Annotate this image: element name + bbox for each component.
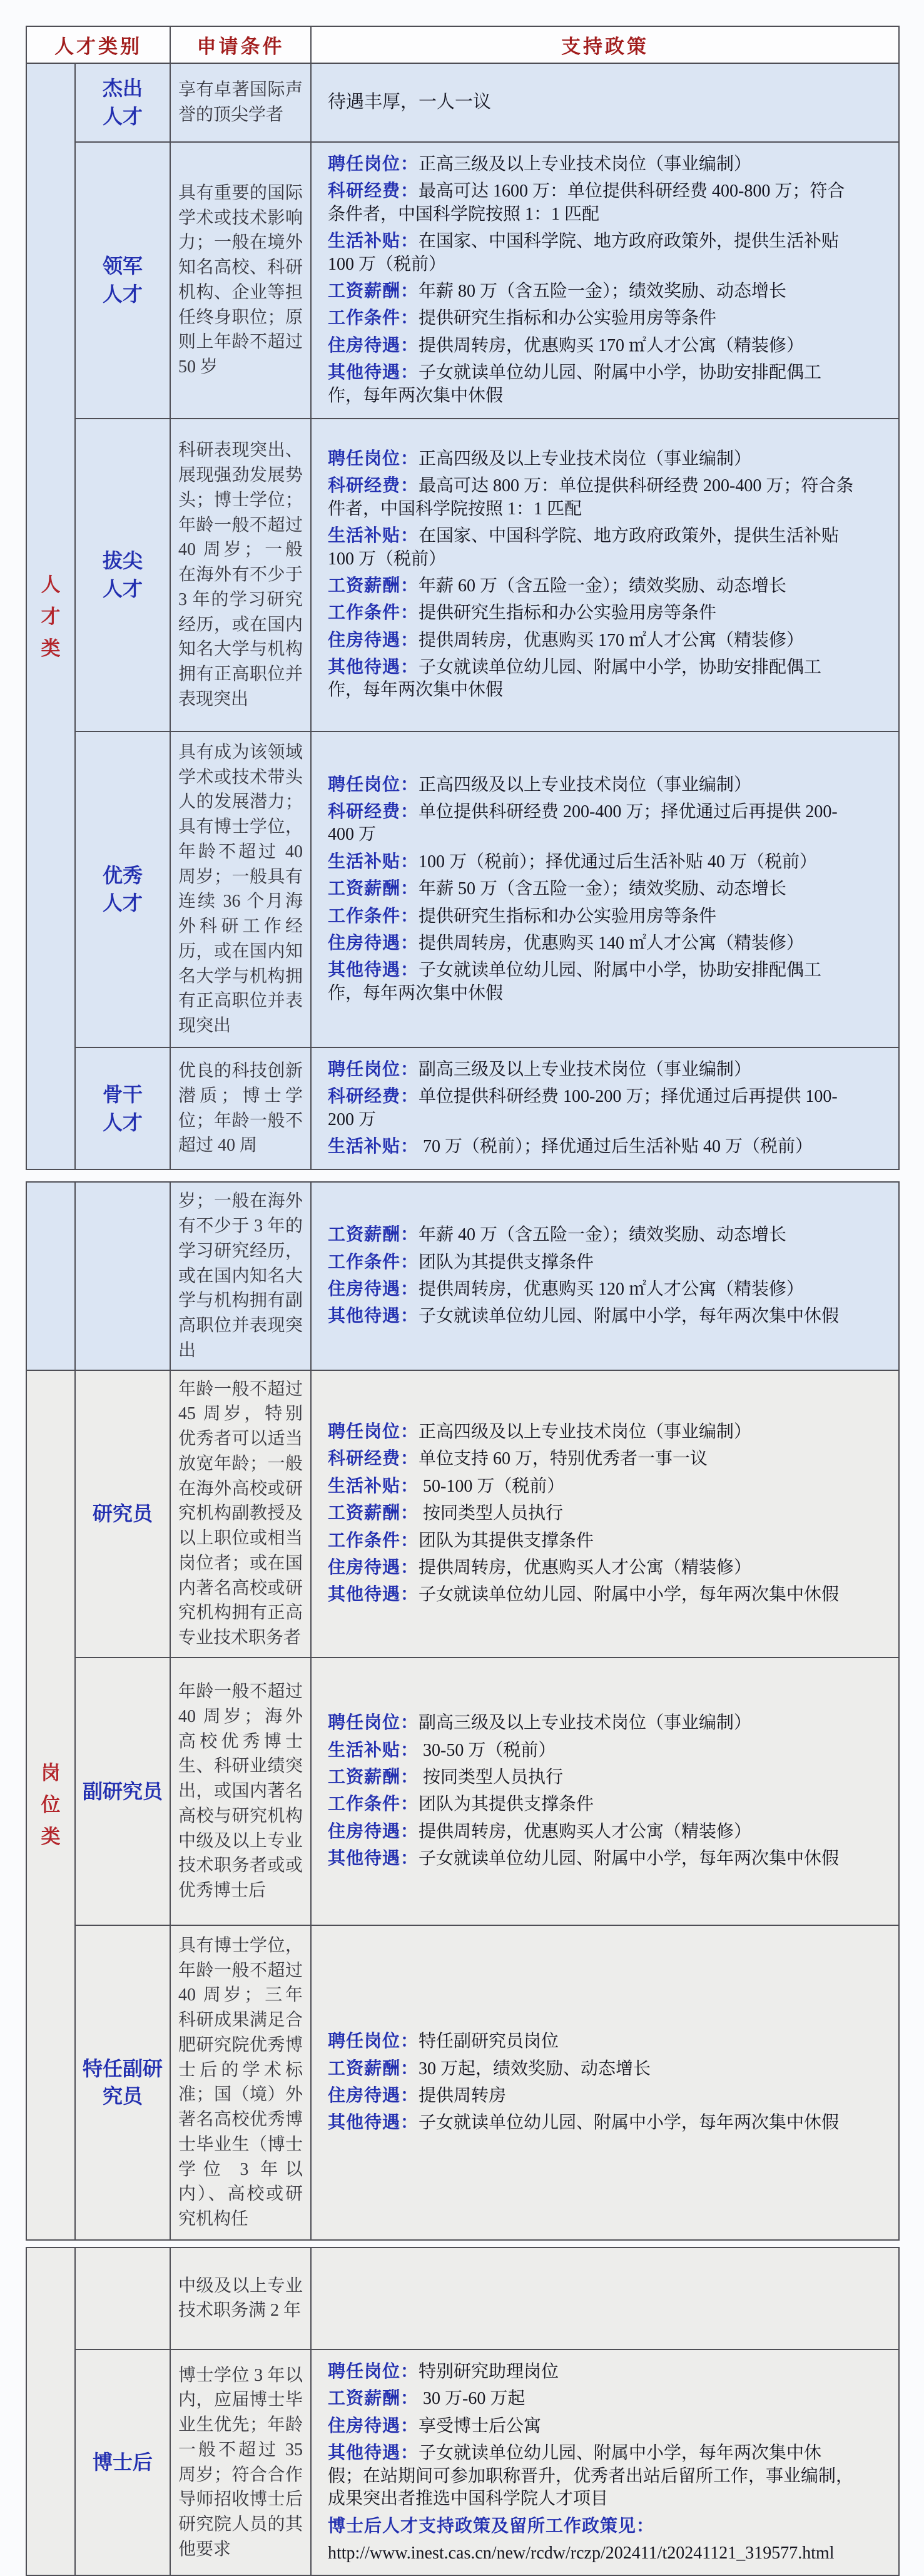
policy-value: 单位支持 60 万，特别优秀者一事一议 <box>419 1449 708 1469</box>
policy-value: 提供周转房，优惠购买人才公寓（精装修） <box>419 1822 751 1841</box>
policy-label: 工作条件： <box>328 603 419 623</box>
policy-backbone-continued: 工资薪酬：年薪 40 万（含五险一金）；绩效奖励、动态增长 工作条件：团队为其提… <box>311 1182 899 1370</box>
type-leading-talent: 领军 人才 <box>75 142 170 419</box>
table-header-row: 人才类别 申请条件 支持政策 <box>26 26 899 63</box>
policy-item: 住房待遇：提供周转房，优惠购买人才公寓（精装修） <box>328 1557 855 1579</box>
type-researcher: 研究员 <box>75 1370 170 1657</box>
policy-item: 工作条件：提供研究生指标和办公实验用房等条件 <box>328 307 855 330</box>
policy-value: 30-50 万（税前） <box>419 1741 556 1760</box>
policy-label: 其他待遇： <box>328 2113 419 2132</box>
row-top-talent: 拔尖 人才 科研表现突出、展现强劲发展势头；博士学位；年龄一般不超过 40 周岁… <box>26 419 899 731</box>
policy-value: 年薪 50 万（含五险一金）；绩效奖励、动态增长 <box>419 879 786 899</box>
policy-value: 年薪 80 万（含五险一金）；绩效奖励、动态增长 <box>419 282 786 301</box>
row-associate-researcher: 副研究员 年龄一般不超过 40 周岁；海外高校优秀博士生、科研业绩突出，或国内著… <box>26 1657 899 1925</box>
policy-item: 工作条件：提供研究生指标和办公实验用房等条件 <box>328 905 855 928</box>
policy-value: 年薪 40 万（含五险一金）；绩效奖励、动态增长 <box>419 1225 786 1245</box>
policy-label: 住房待遇： <box>328 336 419 355</box>
policy-item: 生活补贴： 30-50 万（税前） <box>328 1739 855 1762</box>
policy-researcher: 聘任岗位：正高四级及以上专业技术岗位（事业编制） 科研经费：单位支持 60 万，… <box>311 1370 899 1657</box>
policy-item: 工作条件：提供研究生指标和办公实验用房等条件 <box>328 602 855 624</box>
row-backbone-talent: 骨干 人才 优良的科技创新潜质；博士学位；年龄一般不超过 40 周 聘任岗位：副… <box>26 1047 899 1170</box>
policy-item: 其他待遇：子女就读单位幼儿园、附属中小学，每年两次集中休假；在站期间可参加职称晋… <box>328 2442 855 2510</box>
policy-item: 其他待遇：子女就读单位幼儿园、附属中小学，每年两次集中休假 <box>328 2112 855 2134</box>
policy-label: 聘任岗位： <box>328 155 419 174</box>
policy-value: 提供研究生指标和办公实验用房等条件 <box>419 308 716 328</box>
policy-item: 住房待遇：提供周转房 <box>328 2085 855 2107</box>
policy-item: 聘任岗位：副高三级及以上专业技术岗位（事业编制） <box>328 1712 855 1734</box>
policy-item: 其他待遇：子女就读单位幼儿园、附属中小学，每年两次集中休假 <box>328 1584 855 1606</box>
row-excellent-talent: 优秀 人才 具有成为该领域学术或技术带头人的发展潜力；具有博士学位，年龄不超过 … <box>26 731 899 1047</box>
policy-value: 子女就读单位幼儿园、附属中小学，每年两次集中休假 <box>419 1306 839 1326</box>
policy-item: 科研经费：最高可达 1600 万：单位提供科研经费 400-800 万；符合条件… <box>328 180 855 226</box>
policy-label: 工资薪酬： <box>328 1504 419 1523</box>
policy-value: 特任副研究员岗位 <box>419 2032 559 2051</box>
policy-value: 30 万起，绩效奖励、动态增长 <box>419 2059 651 2079</box>
header-talent-category: 人才类别 <box>26 26 170 63</box>
policy-item: 工资薪酬：年薪 80 万（含五险一金）；绩效奖励、动态增长 <box>328 280 855 303</box>
policy-value: 提供周转房，优惠购买 170 ㎡人才公寓（精装修） <box>419 631 804 650</box>
conditions-leading-talent: 具有重要的国际学术或技术影响力；一般在境外知名高校、科研机构、企业等担任终身职位… <box>170 142 311 419</box>
policy-label: 聘任岗位： <box>328 1713 419 1733</box>
policy-label: 科研经费： <box>328 802 419 822</box>
row-backbone-talent-continued: 岁；一般在海外有不少于 3 年的学习研究经历，或在国内知名大学与机构拥有副高职位… <box>26 1182 899 1370</box>
policy-item: 工资薪酬：年薪 60 万（含五险一金）；绩效奖励、动态增长 <box>328 575 855 598</box>
policy-label: 生活补贴： <box>328 1477 419 1496</box>
policy-label: 住房待遇： <box>328 934 419 953</box>
row-outstanding-talent: 人 才 类 杰出 人才 享有卓著国际声誉的顶尖学者 待遇丰厚，一人一议 <box>26 63 899 142</box>
policy-item: 工资薪酬： 30 万-60 万起 <box>328 2388 855 2410</box>
policy-label: 工作条件： <box>328 1531 419 1550</box>
policy-label: 其他待遇： <box>328 960 419 980</box>
type-associate-researcher: 副研究员 <box>75 1657 170 1925</box>
policy-item: 聘任岗位：正高四级及以上专业技术岗位（事业编制） <box>328 774 855 797</box>
conditions-excellent-talent: 具有成为该领域学术或技术带头人的发展潜力；具有博士学位，年龄不超过 40 周岁；… <box>170 731 311 1047</box>
policy-item: 工资薪酬： 按同类型人员执行 <box>328 1502 855 1525</box>
policy-item: 聘任岗位：特别研究助理岗位 <box>328 2361 855 2383</box>
policy-top-talent: 聘任岗位：正高四级及以上专业技术岗位（事业编制） 科研经费：最高可达 800 万… <box>311 419 899 731</box>
policy-value: 提供周转房，优惠购买人才公寓（精装修） <box>419 1558 751 1577</box>
policy-label: 工作条件： <box>328 907 419 926</box>
policy-item: 聘任岗位：正高四级及以上专业技术岗位（事业编制） <box>328 1421 855 1443</box>
policy-item: 其他待遇：子女就读单位幼儿园、附属中小学，协助安排配偶工作，每年两次集中休假 <box>328 656 855 702</box>
policy-value: 子女就读单位幼儿园、附属中小学，每年两次集中休假 <box>419 2113 839 2132</box>
policy-item: 生活补贴： 50-100 万（税前） <box>328 1475 855 1498</box>
policy-label: 生活补贴： <box>328 1137 419 1156</box>
position-category-table: 岁；一般在海外有不少于 3 年的学习研究经历，或在国内知名大学与机构拥有副高职位… <box>26 1181 900 2241</box>
policy-item: 聘任岗位：正高四级及以上专业技术岗位（事业编制） <box>328 448 855 471</box>
policy-label: 科研经费： <box>328 1087 419 1106</box>
policy-label: 聘任岗位： <box>328 2032 419 2051</box>
policy-label: 工资薪酬： <box>328 1768 419 1787</box>
policy-item: 科研经费：单位提供科研经费 100-200 万；择优通过后再提供 100-200… <box>328 1086 855 1131</box>
policy-label: 其他待遇： <box>328 1849 419 1868</box>
policy-associate-researcher: 聘任岗位：副高三级及以上专业技术岗位（事业编制） 生活补贴： 30-50 万（税… <box>311 1657 899 1925</box>
row-special-associate-researcher: 特任副研 究员 具有博士学位，年龄一般不超过 40 周岁；三年科研成果满足合肥研… <box>26 1925 899 2240</box>
policy-item: 工作条件：团队为其提供支撑条件 <box>328 1251 855 1274</box>
policy-value: 100 万（税前）；择优通过后生活补贴 40 万（税前） <box>419 852 817 872</box>
group-label-talent-class: 人 才 类 <box>26 63 75 1169</box>
policy-item: 其他待遇：子女就读单位幼儿园、附属中小学，每年两次集中休假 <box>328 1305 855 1328</box>
type-postdoc: 博士后 <box>75 2349 170 2575</box>
type-outstanding-talent: 杰出 人才 <box>75 63 170 142</box>
talent-category-table: 人才类别 申请条件 支持政策 人 才 类 杰出 人才 享有卓著国际声誉的顶尖学者… <box>26 26 900 1170</box>
postdoc-policy-link[interactable]: http://www.inest.cas.cn/new/rcdw/rczp/20… <box>328 2542 855 2565</box>
policy-label: 住房待遇： <box>328 2086 419 2105</box>
policy-label: 工资薪酬： <box>328 879 419 899</box>
policy-value: 享受博士后公寓 <box>419 2416 541 2436</box>
policy-value: 正高四级及以上专业技术岗位（事业编制） <box>419 1422 751 1442</box>
policy-backbone-talent: 聘任岗位：副高三级及以上专业技术岗位（事业编制） 科研经费：单位提供科研经费 1… <box>311 1047 899 1170</box>
policy-value: 正高三级及以上专业技术岗位（事业编制） <box>419 155 751 174</box>
policy-value: 子女就读单位幼儿园、附属中小学，每年两次集中休假 <box>419 1585 839 1604</box>
conditions-outstanding-talent: 享有卓著国际声誉的顶尖学者 <box>170 63 311 142</box>
policy-label: 聘任岗位： <box>328 449 419 469</box>
conditions-top-talent: 科研表现突出、展现强劲发展势头；博士学位；年龄一般不超过 40 周岁；一般在海外… <box>170 419 311 731</box>
policy-item: 聘任岗位：副高三级及以上专业技术岗位（事业编制） <box>328 1059 855 1081</box>
policy-value: 副高三级及以上专业技术岗位（事业编制） <box>419 1713 751 1733</box>
policy-label: 其他待遇： <box>328 2443 419 2463</box>
policy-item: 住房待遇：提供周转房，优惠购买 170 ㎡人才公寓（精装修） <box>328 335 855 357</box>
policy-item: 生活补贴： 70 万（税前）；择优通过后生活补贴 40 万（税前） <box>328 1136 855 1158</box>
row-postdoc: 博士后 博士学位 3 年以内，应届博士毕业生优先；年龄一般不超过 35 周岁；符… <box>26 2349 899 2575</box>
policy-value: 团队为其提供支撑条件 <box>419 1795 594 1814</box>
policy-value: 子女就读单位幼儿园、附属中小学，每年两次集中休假 <box>419 1849 839 1868</box>
postdoc-policy-note: 博士后人才支持政策及留所工作政策见： <box>328 2515 855 2538</box>
policy-value: 正高四级及以上专业技术岗位（事业编制） <box>419 775 751 795</box>
policy-item: 工资薪酬：年薪 40 万（含五险一金）；绩效奖励、动态增长 <box>328 1224 855 1246</box>
policy-item: 科研经费：单位支持 60 万，特别优秀者一事一议 <box>328 1448 855 1470</box>
policy-item: 生活补贴：在国家、中国科学院、地方政府政策外，提供生活补贴 100 万（税前） <box>328 230 855 276</box>
policy-item: 工作条件：团队为其提供支撑条件 <box>328 1793 855 1816</box>
policy-item: 其他待遇：子女就读单位幼儿园、附属中小学，每年两次集中休假 <box>328 1848 855 1870</box>
conditions-researcher: 年龄一般不超过 45 周岁，特别优秀者可以适当放宽年龄；一般在海外高校或研究机构… <box>170 1370 311 1657</box>
policy-value: 30 万-60 万起 <box>419 2389 525 2408</box>
policy-item: 住房待遇：提供周转房，优惠购买 120 ㎡人才公寓（精装修） <box>328 1278 855 1301</box>
policy-value: 年薪 60 万（含五险一金）；绩效奖励、动态增长 <box>419 576 786 596</box>
policy-label: 其他待遇： <box>328 1585 419 1604</box>
policy-value: 提供周转房，优惠购买 170 ㎡人才公寓（精装修） <box>419 336 804 355</box>
type-top-talent: 拔尖 人才 <box>75 419 170 731</box>
policy-item: 聘任岗位：特任副研究员岗位 <box>328 2030 855 2053</box>
header-conditions: 申请条件 <box>170 26 311 63</box>
policy-label: 住房待遇： <box>328 631 419 650</box>
policy-label: 科研经费： <box>328 1449 419 1469</box>
policy-item: 住房待遇：享受博士后公寓 <box>328 2415 855 2438</box>
policy-label: 工资薪酬： <box>328 282 419 301</box>
policy-label: 聘任岗位： <box>328 775 419 795</box>
policy-item: 聘任岗位：正高三级及以上专业技术岗位（事业编制） <box>328 153 855 176</box>
policy-label: 其他待遇： <box>328 658 419 677</box>
policy-item: 科研经费：单位提供科研经费 200-400 万；择优通过后再提供 200-400… <box>328 801 855 847</box>
policy-outstanding-talent: 待遇丰厚，一人一议 <box>311 63 899 142</box>
policy-label: 住房待遇： <box>328 1280 419 1299</box>
empty-group-cell <box>26 1182 75 1370</box>
policy-label: 住房待遇： <box>328 1558 419 1577</box>
policy-excellent-talent: 聘任岗位：正高四级及以上专业技术岗位（事业编制） 科研经费：单位提供科研经费 2… <box>311 731 899 1047</box>
policy-label: 生活补贴： <box>328 232 419 251</box>
policy-label: 工作条件： <box>328 1795 419 1814</box>
policy-label: 科研经费： <box>328 476 419 496</box>
policy-value: 团队为其提供支撑条件 <box>419 1531 594 1550</box>
postdoc-table: 中级及以上专业技术职务满 2 年 博士后 博士学位 3 年以内，应届博士毕业生优… <box>26 2247 900 2576</box>
row-researcher: 岗 位 类 研究员 年龄一般不超过 45 周岁，特别优秀者可以适当放宽年龄；一般… <box>26 1370 899 1657</box>
policy-value: 团队为其提供支撑条件 <box>419 1253 594 1272</box>
policy-item: 工资薪酬：年薪 50 万（含五险一金）；绩效奖励、动态增长 <box>328 878 855 900</box>
policy-empty-cell <box>311 2248 899 2349</box>
policy-label: 聘任岗位： <box>328 2362 419 2381</box>
policy-item: 工作条件：团队为其提供支撑条件 <box>328 1530 855 1552</box>
policy-item: 其他待遇：子女就读单位幼儿园、附属中小学，协助安排配偶工作，每年两次集中休假 <box>328 959 855 1005</box>
policy-item: 住房待遇：提供周转房，优惠购买 140 ㎡人才公寓（精装修） <box>328 932 855 955</box>
policy-postdoc: 聘任岗位：特别研究助理岗位 工资薪酬： 30 万-60 万起 住房待遇：享受博士… <box>311 2349 899 2575</box>
policy-item: 其他待遇：子女就读单位幼儿园、附属中小学，协助安排配偶工作，每年两次集中休假 <box>328 362 855 407</box>
policy-label: 住房待遇： <box>328 1822 419 1841</box>
conditions-backbone-talent: 优良的科技创新潜质；博士学位；年龄一般不超过 40 周 <box>170 1047 311 1170</box>
policy-label: 其他待遇： <box>328 363 419 382</box>
conditions-special-associate-researcher: 具有博士学位，年龄一般不超过 40 周岁；三年科研成果满足合肥研究院优秀博士后的… <box>170 1925 311 2240</box>
type-excellent-talent: 优秀 人才 <box>75 731 170 1047</box>
policy-value: 提供研究生指标和办公实验用房等条件 <box>419 907 716 926</box>
type-special-associate-researcher: 特任副研 究员 <box>75 1925 170 2240</box>
policy-label: 工资薪酬： <box>328 2059 419 2079</box>
policy-item: 科研经费：最高可达 800 万：单位提供科研经费 200-400 万；符合条件者… <box>328 475 855 521</box>
policy-item: 工资薪酬：30 万起，绩效奖励、动态增长 <box>328 2058 855 2080</box>
empty-group-cell <box>26 2248 75 2575</box>
policy-value: 按同类型人员执行 <box>419 1768 563 1787</box>
policy-label: 工资薪酬： <box>328 576 419 596</box>
policy-value: 提供周转房，优惠购买 140 ㎡人才公寓（精装修） <box>419 934 804 953</box>
header-policy: 支持政策 <box>311 26 899 63</box>
conditions-postdoc: 博士学位 3 年以内，应届博士毕业生优先；年龄一般不超过 35 周岁；符合合作导… <box>170 2349 311 2575</box>
conditions-backbone-continued: 岁；一般在海外有不少于 3 年的学习研究经历，或在国内知名大学与机构拥有副高职位… <box>170 1182 311 1370</box>
policy-value: 70 万（税前）；择优通过后生活补贴 40 万（税前） <box>419 1137 813 1156</box>
conditions-special-associate-continued: 中级及以上专业技术职务满 2 年 <box>170 2248 311 2349</box>
policy-label: 生活补贴： <box>328 852 419 872</box>
type-backbone-talent: 骨干 人才 <box>75 1047 170 1170</box>
policy-special-associate-researcher: 聘任岗位：特任副研究员岗位 工资薪酬：30 万起，绩效奖励、动态增长 住房待遇：… <box>311 1925 899 2240</box>
empty-type-cell <box>75 1182 170 1370</box>
empty-type-cell <box>75 2248 170 2349</box>
policy-value: 50-100 万（税前） <box>419 1477 564 1496</box>
policy-label: 其他待遇： <box>328 1306 419 1326</box>
policy-label: 工作条件： <box>328 1253 419 1272</box>
policy-label: 生活补贴： <box>328 526 419 546</box>
policy-label: 工作条件： <box>328 308 419 328</box>
group-label-position-class: 岗 位 类 <box>26 1370 75 2240</box>
row-special-associate-continued: 中级及以上专业技术职务满 2 年 <box>26 2248 899 2349</box>
policy-label: 科研经费： <box>328 181 419 201</box>
policy-item: 生活补贴：100 万（税前）；择优通过后生活补贴 40 万（税前） <box>328 851 855 873</box>
policy-label: 生活补贴： <box>328 1741 419 1760</box>
policy-value: 正高四级及以上专业技术岗位（事业编制） <box>419 449 751 469</box>
policy-item: 住房待遇：提供周转房，优惠购买人才公寓（精装修） <box>328 1821 855 1843</box>
row-leading-talent: 领军 人才 具有重要的国际学术或技术影响力；一般在境外知名高校、科研机构、企业等… <box>26 142 899 419</box>
policy-item: 住房待遇：提供周转房，优惠购买 170 ㎡人才公寓（精装修） <box>328 629 855 652</box>
policy-value: 副高三级及以上专业技术岗位（事业编制） <box>419 1060 751 1079</box>
policy-value: 提供周转房 <box>419 2086 506 2105</box>
policy-label: 聘任岗位： <box>328 1060 419 1079</box>
policy-label: 工资薪酬： <box>328 1225 419 1245</box>
policy-value: 按同类型人员执行 <box>419 1504 563 1523</box>
policy-item: 工资薪酬： 按同类型人员执行 <box>328 1766 855 1789</box>
policy-value: 特别研究助理岗位 <box>419 2362 559 2381</box>
policy-label: 工资薪酬： <box>328 2389 419 2408</box>
policy-value: 提供研究生指标和办公实验用房等条件 <box>419 603 716 623</box>
policy-item: 生活补贴：在国家、中国科学院、地方政府政策外，提供生活补贴 100 万（税前） <box>328 525 855 571</box>
conditions-associate-researcher: 年龄一般不超过 40 周岁；海外高校优秀博士生、科研业绩突出，或国内著名高校与研… <box>170 1657 311 1925</box>
policy-label: 住房待遇： <box>328 2416 419 2436</box>
policy-label: 聘任岗位： <box>328 1422 419 1442</box>
policy-leading-talent: 聘任岗位：正高三级及以上专业技术岗位（事业编制） 科研经费：最高可达 1600 … <box>311 142 899 419</box>
policy-value: 提供周转房，优惠购买 120 ㎡人才公寓（精装修） <box>419 1280 804 1299</box>
